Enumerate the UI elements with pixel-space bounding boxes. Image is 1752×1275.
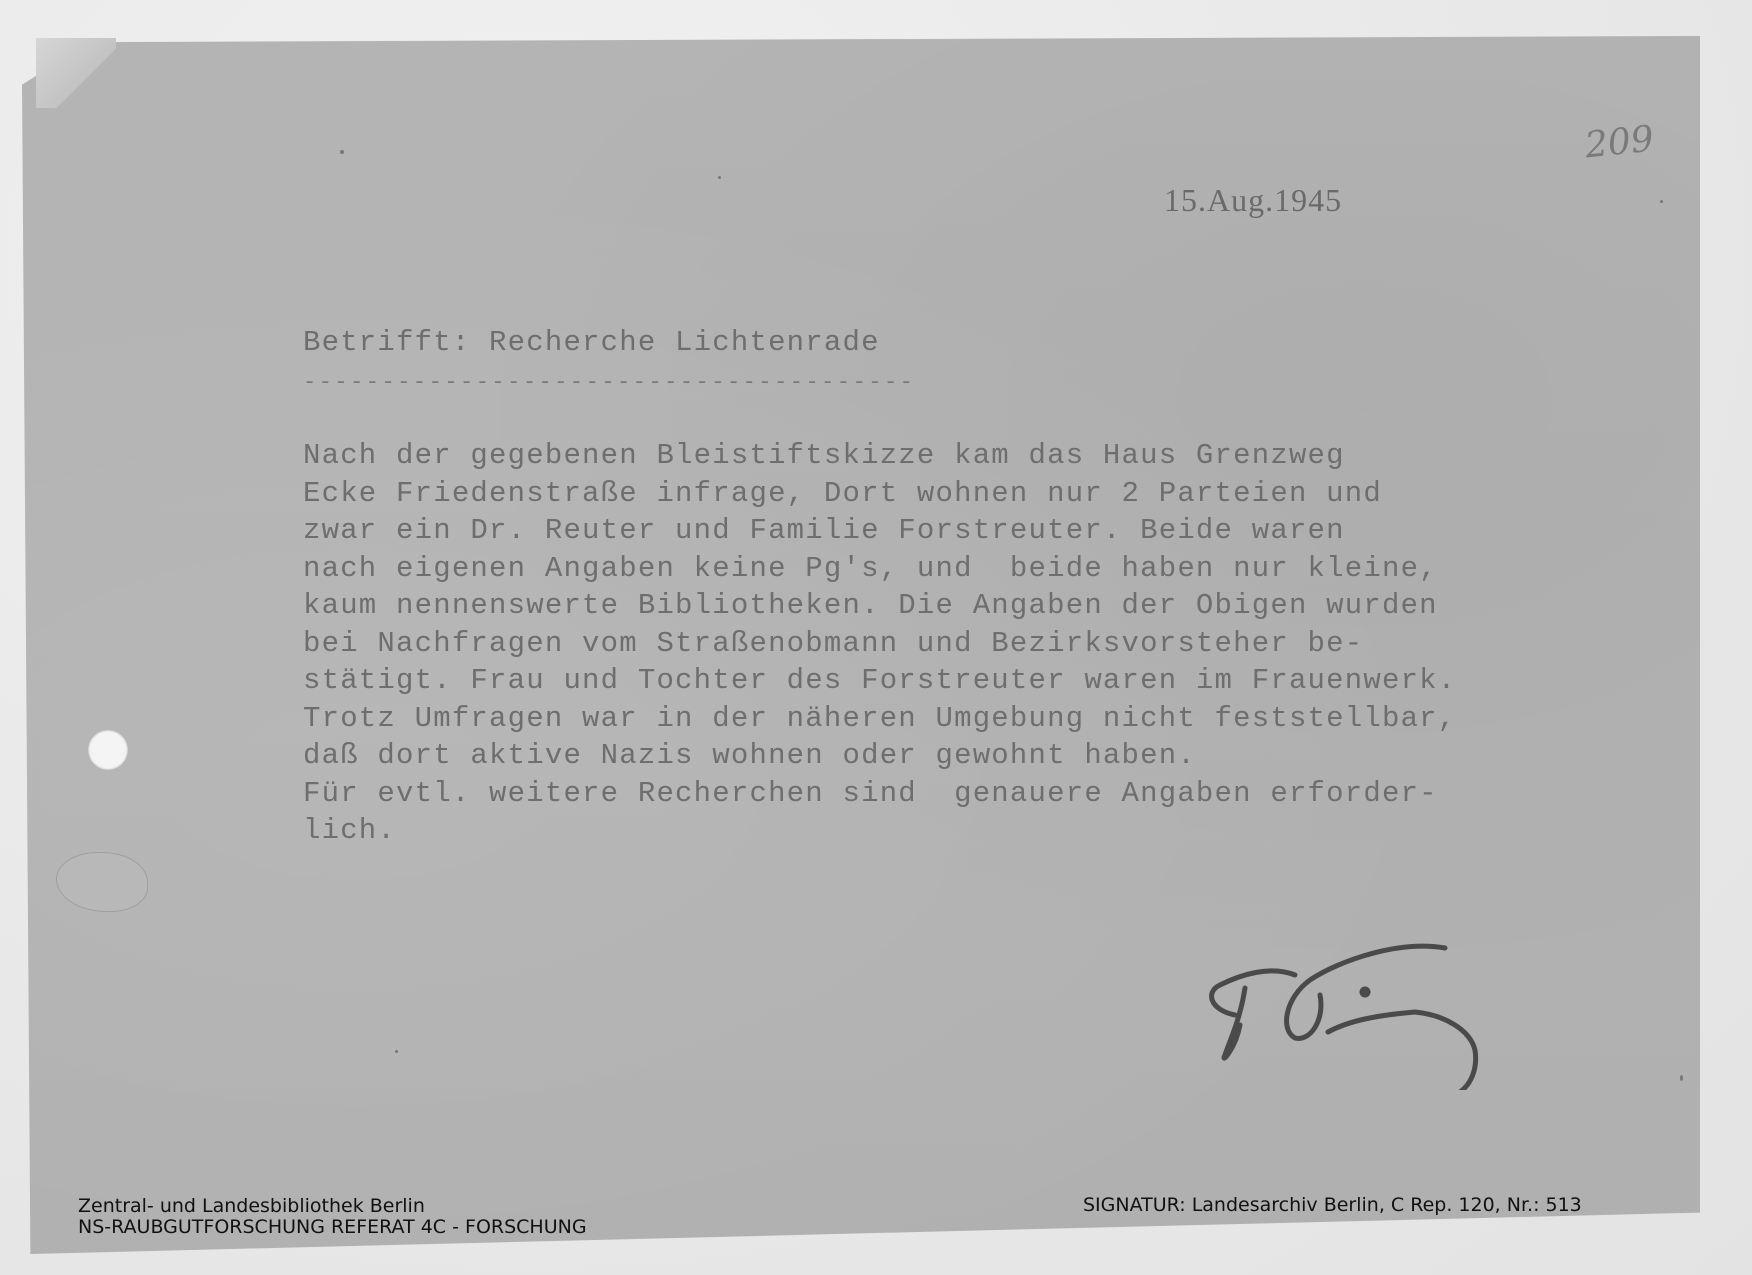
speck (1660, 200, 1663, 203)
speck (395, 1050, 398, 1053)
body-line: daß dort aktive Nazis wohnen oder gewohn… (303, 737, 1456, 775)
body-line: nach eigenen Angaben keine Pg's, und bei… (303, 550, 1456, 588)
body-line: bei Nachfragen vom Straßenobmann und Bez… (303, 625, 1456, 663)
document-date: 15.Aug.1945 (1164, 182, 1342, 219)
subject-line: Betrifft: Recherche Lichtenrade (303, 326, 880, 359)
body-line: lich. (303, 812, 1456, 850)
body-line: Trotz Umfragen war in der näheren Umgebu… (303, 700, 1456, 738)
body-text: Nach der gegebenen Bleistiftskizze kam d… (303, 437, 1456, 850)
footer-institution-line1: Zentral- und Landesbibliothek Berlin (78, 1196, 587, 1217)
speck (1680, 1075, 1683, 1081)
footer-signatur: SIGNATUR: Landesarchiv Berlin, C Rep. 12… (1083, 1195, 1582, 1216)
body-line: zwar ein Dr. Reuter und Familie Forstreu… (303, 512, 1456, 550)
subject-underline: --------------------------------------- (303, 370, 915, 395)
speck (340, 150, 344, 154)
footer-institution-line2: NS-RAUBGUTFORSCHUNG REFERAT 4C - FORSCHU… (78, 1217, 587, 1238)
body-line: Nach der gegebenen Bleistiftskizze kam d… (303, 437, 1456, 475)
body-line: kaum nennenswerte Bibliotheken. Die Anga… (303, 587, 1456, 625)
body-line: Für evtl. weitere Recherchen sind genaue… (303, 775, 1456, 813)
punch-hole (88, 730, 128, 770)
signature-icon (1180, 920, 1490, 1090)
speck (718, 176, 721, 179)
footer-institution: Zentral- und Landesbibliothek Berlin NS-… (78, 1196, 587, 1238)
folio-number: 209 (1583, 119, 1656, 167)
body-line: Ecke Friedenstraße infrage, Dort wohnen … (303, 475, 1456, 513)
body-line: stätigt. Frau und Tochter des Forstreute… (303, 662, 1456, 700)
folded-corner (36, 38, 116, 108)
